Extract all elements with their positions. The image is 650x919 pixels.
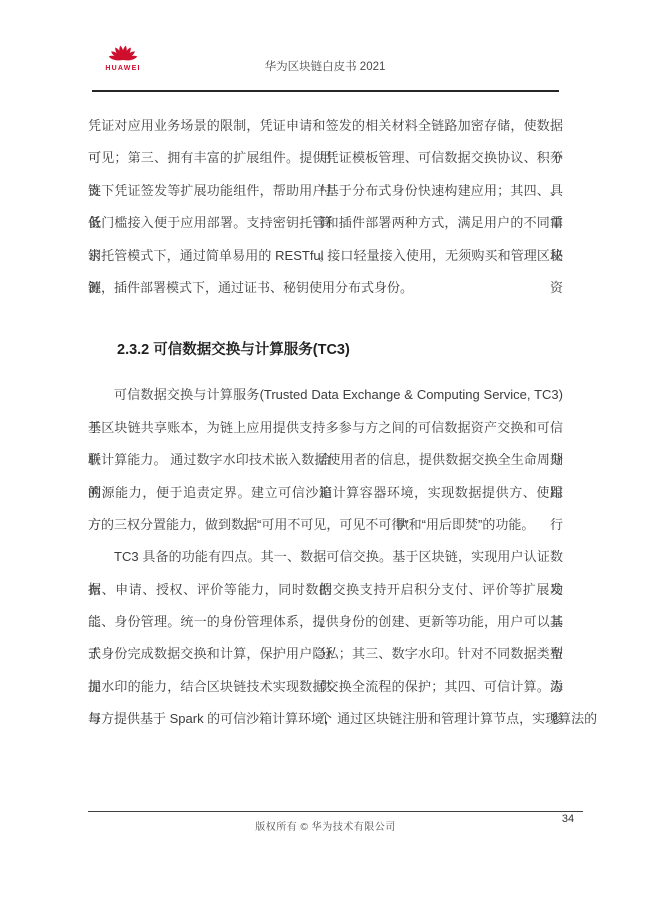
copyright-text: 版权所有 © 华为技术有限公司 (88, 818, 563, 833)
text-line: 二、身份管理。统一的身份管理体系，提供身份的创建、更新等功能，用户可以基于分布 (88, 606, 563, 638)
text-line: 可信数据交换与计算服务(Trusted Data Exchange & Comp… (88, 379, 563, 411)
section-heading: 2.3.2 可信数据交换与计算服务(TC3) (88, 334, 563, 366)
page-body: 凭证对应用业务场景的限制，凭证申请和签发的相关材料全链路加密存储，使数据可用不可… (88, 110, 563, 736)
paragraph: 可信数据交换与计算服务(Trusted Data Exchange & Comp… (88, 379, 563, 541)
text-line: 析计算能力。 通过数字水印技术嵌入数据使用者的信息，提供数据交换全生命周期的追踪 (88, 444, 563, 476)
text-line: 于区块链共享账本，为链上应用提供支持多参与方之间的可信数据资产交换和可信联合分 (88, 412, 563, 444)
paragraph: 凭证对应用业务场景的限制，凭证申请和签发的相关材料全链路加密存储，使数据可用不可… (88, 110, 563, 304)
document-title: 华为区块链白皮书 2021 (0, 58, 650, 74)
text-line: 加水印的能力，结合区块链技术实现数据交换全流程的保护；其四、可信计算。为每个参 (88, 671, 563, 703)
text-line: 凭证对应用业务场景的限制，凭证申请和签发的相关材料全链路加密存储，使数据可用不 (88, 110, 563, 142)
text-line: 与方提供基于 Spark 的可信沙箱计算环境，通过区块链注册和管理计算节点，实现… (88, 703, 563, 735)
footer-divider (88, 811, 583, 812)
text-line: 布、申请、授权、评价等能力，同时数据交换支持开启积分支付、评价等扩展功能；其 (88, 574, 563, 606)
text-line: 式身份完成数据交换和计算，保护用户隐私；其三、数字水印。针对不同数据类型提供添 (88, 638, 563, 670)
document-page: HUAWEI 华为区块链白皮书 2021 凭证对应用业务场景的限制，凭证申请和签… (0, 0, 650, 919)
text-line: 方的三权分置能力，做到数据“可用不可见，可见不可得”和“用后即焚”的功能。 (88, 509, 563, 541)
text-line: 溯源能力，便于追责定界。建立可信沙箱计算容器环境，实现数据提供方、使用方、执行 (88, 477, 563, 509)
text-line: TC3 具备的功能有四点。其一、数据可信交换。基于区块链，实现用户认证数据的发 (88, 541, 563, 573)
text-line: 钥托管模式下，通过简单易用的 RESTful 接口轻量接入使用，无须购买和管理区… (88, 240, 563, 272)
header-divider (92, 90, 559, 92)
paragraph: TC3 具备的功能有四点。其一、数据可信交换。基于区块链，实现用户认证数据的发布… (88, 541, 563, 735)
text-line: 可见；第三、拥有丰富的扩展组件。提供凭证模板管理、可信数据交换协议、积分支付、 (88, 142, 563, 174)
text-line: 低门槛接入便于应用部署。支持密钥托管和插件部署两种方式，满足用户的不同需求。秘 (88, 207, 563, 239)
text-line: 链下凭证签发等扩展功能组件，帮助用户基于分布式身份快速构建应用；其四、具备简单 (88, 175, 563, 207)
